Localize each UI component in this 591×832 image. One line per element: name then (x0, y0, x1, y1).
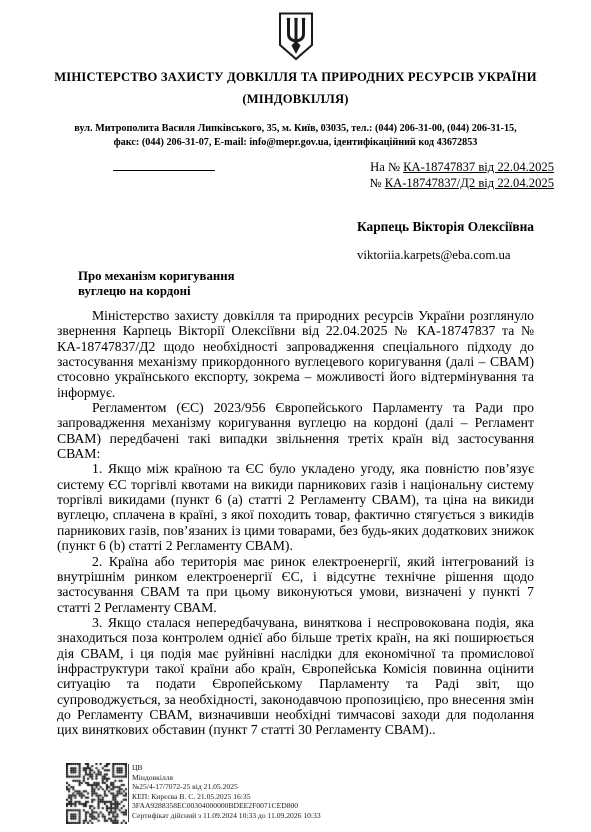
body-paragraph: 2. Країна або територія має ринок електр… (57, 554, 534, 615)
stamp-certificate-validity: Сертифікат дійсний з 11.09.2024 10:33 до… (132, 811, 321, 821)
stamp-doc-number: №25/4-17/7072-25 від 21.05.2025 (132, 782, 321, 792)
document-reference-value: КА-18747837/Д2 від 22.04.2025 (385, 176, 554, 190)
document-reference-line: № КА-18747837/Д2 від 22.04.2025 (370, 176, 554, 192)
signature-details: ЦВ Міндовкілля №25/4-17/7072-25 від 21.0… (132, 763, 321, 821)
letter-subject: Про механізм коригування вуглецю на корд… (78, 269, 235, 299)
body-paragraph: Регламентом (ЄС) 2023/956 Європейського … (57, 400, 534, 461)
recipient-email: viktoriia.karpets@eba.com.ua (357, 248, 511, 263)
recipient-name: Карпець Вікторія Олексіївна (357, 219, 534, 235)
reply-reference-line: На № КА-18747837 від 22.04.2025 (370, 160, 554, 176)
reply-reference-prefix: На № (370, 160, 403, 174)
qr-code (66, 763, 127, 824)
body-paragraph: Міністерство захисту довкілля та природн… (57, 308, 534, 400)
official-letter-page: МІНІСТЕРСТВО ЗАХИСТУ ДОВКІЛЛЯ ТА ПРИРОДН… (0, 0, 591, 832)
body-paragraph: 1. Якщо між країною та ЄС було укладено … (57, 461, 534, 553)
subject-line-1: Про механізм коригування (78, 269, 235, 284)
stamp-org-name: Міндовкілля (132, 773, 321, 783)
subject-line-2: вуглецю на кордоні (78, 284, 235, 299)
letterhead: МІНІСТЕРСТВО ЗАХИСТУ ДОВКІЛЛЯ ТА ПРИРОДН… (0, 12, 591, 149)
address-line-2: факс: (044) 206-31-07, E-mail: info@mepr… (0, 136, 591, 150)
ministry-short-name: (МІНДОВКІЛЛЯ) (0, 92, 591, 107)
body-paragraph: 3. Якщо сталася непередбачувана, винятко… (57, 615, 534, 738)
address-line-1: вул. Митрополита Василя Липківського, 35… (0, 122, 591, 136)
ministry-title: МІНІСТЕРСТВО ЗАХИСТУ ДОВКІЛЛЯ ТА ПРИРОДН… (0, 70, 591, 85)
stamp-org-code: ЦВ (132, 763, 321, 773)
stamp-divider (128, 764, 129, 822)
ministry-address: вул. Митрополита Василя Липківського, 35… (0, 122, 591, 149)
stamp-certificate-hash: 3FAA9288358EC00304000000BDEE2F0071CED800 (132, 801, 321, 811)
document-reference-prefix: № (370, 176, 385, 190)
reply-reference-value: КА-18747837 від 22.04.2025 (403, 160, 554, 174)
coat-of-arms-ukraine-icon (0, 12, 591, 62)
reference-numbers: На № КА-18747837 від 22.04.2025 № КА-187… (370, 160, 554, 191)
digital-signature-stamp (66, 763, 127, 824)
letter-body: Міністерство захисту довкілля та природн… (57, 308, 534, 738)
outgoing-number-blank-line (113, 170, 215, 171)
stamp-signer: КЕП: Кирєєва В. С. 21.05.2025 16:35 (132, 792, 321, 802)
